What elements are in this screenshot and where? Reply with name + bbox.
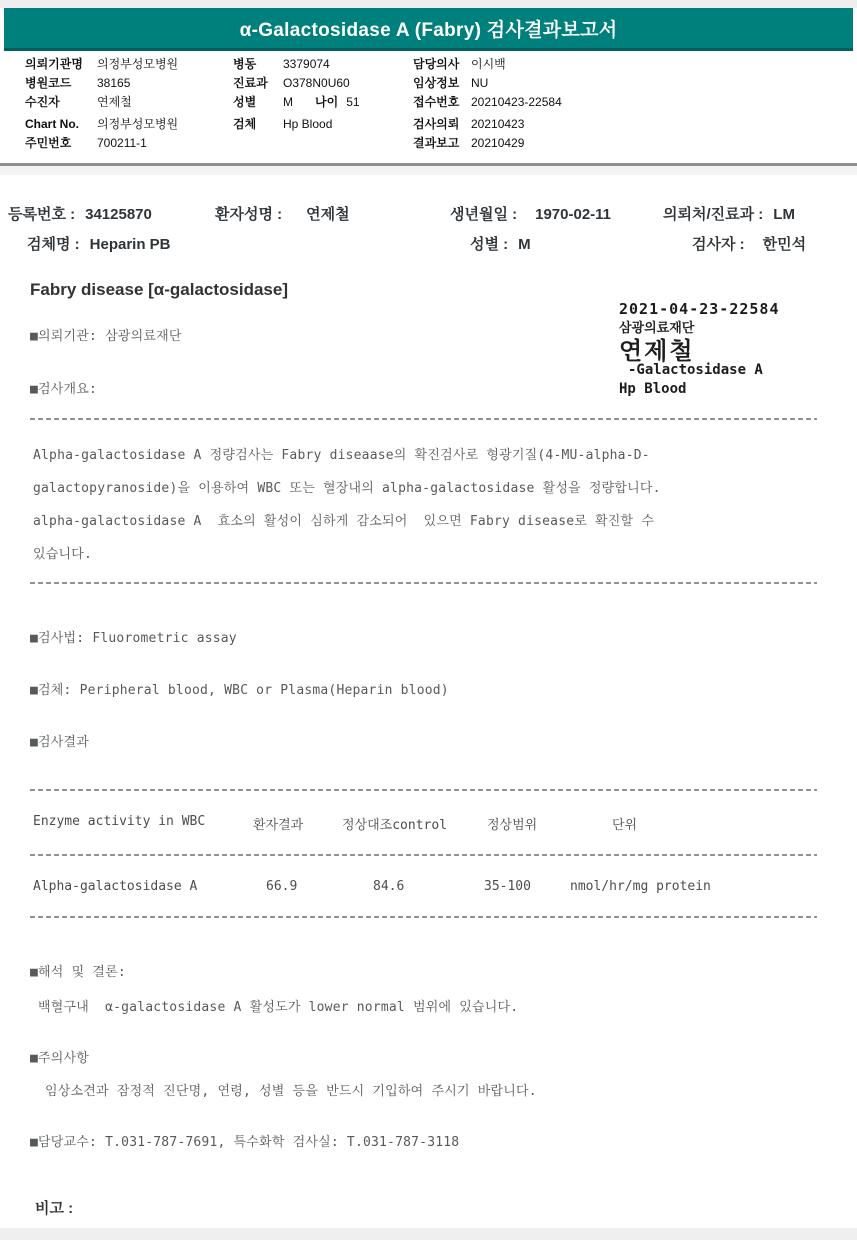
table-header-normal-range: 정상범위 xyxy=(487,814,537,833)
info-value: NU xyxy=(471,74,488,93)
overview-line-4: 있습니다. xyxy=(33,543,92,562)
info-value: M xyxy=(283,93,293,112)
registration-number: 등록번호 :34125870 xyxy=(8,203,152,224)
table-cell-unit: nmol/hr/mg protein xyxy=(570,879,711,894)
info-label: 임상정보 xyxy=(413,74,471,93)
specimen-line: ■검체: Peripheral blood, WBC or Plasma(Hep… xyxy=(30,679,449,698)
info-row: 병원코드38165 xyxy=(25,74,178,93)
info-value: O378N0U60 xyxy=(283,74,350,93)
overview-line-3: alpha-galactosidase A 효소의 활성이 심하게 감소되어 있… xyxy=(33,510,654,529)
lab-report-page: α-Galactosidase A (Fabry) 검사결과보고서 의뢰기관명의… xyxy=(0,0,857,1240)
info-column-2: 병동3379074 진료과O378N0U60 성별M나이51 검체Hp Bloo… xyxy=(233,55,360,134)
info-value: 700211-1 xyxy=(97,134,147,153)
info-label: Chart No. xyxy=(25,115,97,134)
info-row: Chart No.의정부성모병원 xyxy=(25,115,178,134)
caution-text: 임상소견과 잠정적 진단명, 연령, 성별 등을 반드시 기입하여 주시기 바랍… xyxy=(45,1080,537,1099)
specimen-name: 검체명 :Heparin PB xyxy=(27,233,171,254)
birth-date: 생년월일 :1970-02-11 xyxy=(450,203,611,224)
info-row: 병동3379074 xyxy=(233,55,360,74)
info-label: 의뢰기관명 xyxy=(25,55,97,74)
dashed-rule xyxy=(30,916,817,918)
info-row: 검체Hp Blood xyxy=(233,115,360,134)
overview-label: ■검사개요: xyxy=(30,378,97,397)
info-label: 담당의사 xyxy=(413,55,471,74)
table-header-normal-control: 정상대조control xyxy=(342,814,447,833)
top-gray-strip xyxy=(0,0,857,8)
dashed-rule xyxy=(30,854,817,856)
info-row: 주민번호700211-1 xyxy=(25,134,178,153)
info-row: 수진자연제철 xyxy=(25,93,178,112)
overview-line-2: galactopyranoside)을 이용하여 WBC 또는 혈장내의 alp… xyxy=(33,477,661,496)
info-label: 주민번호 xyxy=(25,134,97,153)
info-label: 결과보고 xyxy=(413,134,471,153)
table-header-unit: 단위 xyxy=(612,814,637,833)
client-line: ■의뢰기관: 삼광의료재단 xyxy=(30,325,182,344)
info-row: 담당의사이시백 xyxy=(413,55,562,74)
dashed-rule xyxy=(30,789,817,791)
info-value: 20210423-22584 xyxy=(471,93,562,112)
result-label: ■검사결과 xyxy=(30,731,89,750)
bottom-gray-strip xyxy=(0,1228,857,1240)
info-value: 20210423 xyxy=(471,115,524,134)
info-label: 수진자 xyxy=(25,93,97,112)
stamp-accession: 2021-04-23-22584 xyxy=(619,300,780,318)
info-row-sex-age: 성별M나이51 xyxy=(233,93,360,112)
report-title-band: α-Galactosidase A (Fabry) 검사결과보고서 xyxy=(4,8,853,51)
remark-label: 비고 : xyxy=(35,1197,73,1218)
referring-department: 의뢰처/진료과 :LM xyxy=(663,203,795,224)
table-cell-test-name: Alpha-galactosidase A xyxy=(33,879,197,894)
interpretation-label: ■해석 및 결론: xyxy=(30,961,126,980)
table-cell-normal-range: 35-100 xyxy=(484,879,531,894)
info-value: 3379074 xyxy=(283,55,330,74)
interpretation-text: 백혈구내 α-galactosidase A 활성도가 lower normal… xyxy=(38,996,518,1015)
info-label: 병동 xyxy=(233,55,283,74)
contact-line: ■담당교수: T.031-787-7691, 특수화학 검사실: T.031-7… xyxy=(30,1131,459,1150)
info-row: 결과보고20210429 xyxy=(413,134,562,153)
report-title: α-Galactosidase A (Fabry) 검사결과보고서 xyxy=(240,15,618,42)
test-heading: Fabry disease [α-galactosidase] xyxy=(30,280,288,300)
method-line: ■검사법: Fluorometric assay xyxy=(30,627,237,646)
age-label: 나이 xyxy=(315,93,338,112)
info-value: 38165 xyxy=(97,74,130,93)
info-column-3: 담당의사이시백 임상정보NU 접수번호20210423-22584 검사의뢰20… xyxy=(413,55,562,153)
caution-label: ■주의사항 xyxy=(30,1047,89,1066)
info-value: Hp Blood xyxy=(283,115,332,134)
examiner: 검사자 :한민석 xyxy=(692,233,806,254)
patient-name: 환자성명 :연제철 xyxy=(215,203,350,224)
info-value: 의정부성모병원 xyxy=(97,55,178,74)
info-label: 접수번호 xyxy=(413,93,471,112)
stamp-patient-name: 연제철 xyxy=(619,331,695,366)
patient-sex: 성별 :M xyxy=(470,233,531,254)
info-row: 임상정보NU xyxy=(413,74,562,93)
info-value: 20210429 xyxy=(471,134,524,153)
table-cell-normal-control: 84.6 xyxy=(373,879,404,894)
table-header-patient-result: 환자결과 xyxy=(253,814,303,833)
overview-line-1: Alpha-galactosidase A 정량검사는 Fabry diseaa… xyxy=(33,444,650,463)
info-label: 검체 xyxy=(233,115,283,134)
info-label: 진료과 xyxy=(233,74,283,93)
stamp-test-name: -Galactosidase A xyxy=(628,362,763,378)
info-label: 병원코드 xyxy=(25,74,97,93)
info-row: 검사의뢰20210423 xyxy=(413,115,562,134)
info-row: 진료과O378N0U60 xyxy=(233,74,360,93)
info-value: 연제철 xyxy=(97,93,132,112)
info-value: 의정부성모병원 xyxy=(97,115,178,134)
stamp-specimen: Hp Blood xyxy=(619,381,686,397)
info-row: 의뢰기관명의정부성모병원 xyxy=(25,55,178,74)
dashed-rule xyxy=(30,418,817,420)
info-column-1: 의뢰기관명의정부성모병원 병원코드38165 수진자연제철 Chart No.의… xyxy=(25,55,178,153)
info-row: 접수번호20210423-22584 xyxy=(413,93,562,112)
table-cell-patient-result: 66.9 xyxy=(266,879,297,894)
table-header-test: Enzyme activity in WBC xyxy=(33,814,205,829)
dashed-rule xyxy=(30,582,817,584)
age-value: 51 xyxy=(346,93,359,112)
section-divider-shadow xyxy=(0,166,857,175)
info-value: 이시백 xyxy=(471,55,506,74)
info-label: 검사의뢰 xyxy=(413,115,471,134)
info-label: 성별 xyxy=(233,93,283,112)
